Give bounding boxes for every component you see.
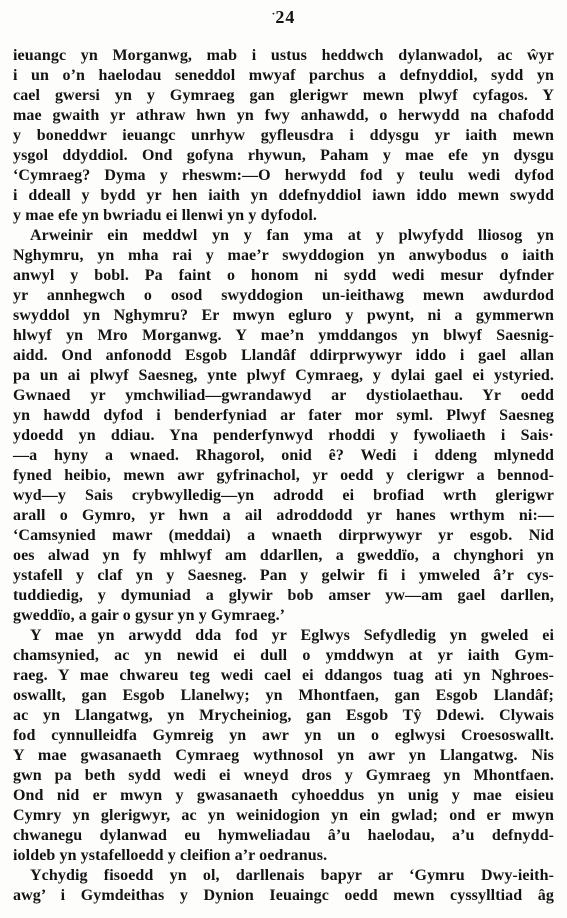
text-line: chwanegu dylanwad eu hymweliadau â’u hae… xyxy=(13,826,554,846)
text-line: ac yn Llangatwg, yn Mrycheiniog, gan Esg… xyxy=(13,706,554,726)
text-line: ioldeb yn ystafelloedd y cleifion a’r oe… xyxy=(13,846,554,866)
paragraph: Arweinir ein meddwl yn y fan yma at y pl… xyxy=(13,226,554,626)
text-line: mae gwaith yr athraw hwn yn fwy anhawdd,… xyxy=(13,106,554,126)
text-line: —a hyny a wnaed. Rhagorol, onid ê? Wedi … xyxy=(13,446,554,466)
text-line: Ychydig fisoedd yn ol, darllenais bapyr … xyxy=(13,866,554,886)
text-line: y mae efe yn bwriadu ei llenwi yn y dyfo… xyxy=(13,206,554,226)
text-line: ieuangc yn Morganwg, mab i ustus heddwch… xyxy=(13,46,554,66)
text-line: Nghymru, yn mha rai y mae’r swyddogion y… xyxy=(13,246,554,266)
text-line: i un o’n haelodau seneddol mwyaf parchus… xyxy=(13,66,554,86)
text-line: ‘Camsynied mawr (meddai) a wnaeth dirprw… xyxy=(13,526,554,546)
paragraph: Y mae yn arwydd dda fod yr Eglwys Sefydl… xyxy=(13,626,554,866)
text-line: gweddïo, a gair o gysur yn y Gymraeg.’ xyxy=(13,606,554,626)
text-line: Ond nid er mwyn y gwasanaeth cyhoeddus y… xyxy=(13,786,554,806)
text-line: Y mae yn arwydd dda fod yr Eglwys Sefydl… xyxy=(13,626,554,646)
text-line: ysgol ddyddiol. Ond gofyna rhywun, Paham… xyxy=(13,146,554,166)
text-line: arall o Gymro, yr hwn a ail adroddodd yr… xyxy=(13,506,554,526)
text-line: ydoedd yn ddiau. Yna penderfynwyd rhoddi… xyxy=(13,426,554,446)
paragraph: Ychydig fisoedd yn ol, darllenais bapyr … xyxy=(13,866,554,906)
text-line: wyd—y Sais crybwylledig—yn adrodd ei bro… xyxy=(13,486,554,506)
text-line: tuddiedig, y dymuniad a glywir bob amser… xyxy=(13,586,554,606)
text-line: i ddeall y bydd yr hen iaith yn ddefnydd… xyxy=(13,186,554,206)
text-line: ‘Cymraeg? Dyma y rheswm:—O herwydd fod y… xyxy=(13,166,554,186)
page-number: ·24 xyxy=(0,7,567,28)
text-line: oes alwad yn fy mhlwyf am ddarllen, a gw… xyxy=(13,546,554,566)
text-line: fod cynnulleidfa Gymreig yn awr yn un o … xyxy=(13,726,554,746)
text-line: y boneddwr ieuangc unrhyw gyfleusdra i d… xyxy=(13,126,554,146)
book-page: ·24 ieuangc yn Morganwg, mab i ustus hed… xyxy=(0,0,567,918)
text-line: swyddol yn Nghymru? Er mwyn egluro y pwy… xyxy=(13,306,554,326)
text-line: yn hawdd dyfod i benderfyniad ar fater m… xyxy=(13,406,554,426)
text-line: oswallt, gan Esgob Llanelwy; yn Mhontfae… xyxy=(13,686,554,706)
text-line: pa un ai plwyf Saesneg, ynte plwyf Cymra… xyxy=(13,366,554,386)
text-line: Y mae gwasanaeth Cymraeg wythnosol yn aw… xyxy=(13,746,554,766)
text-line: Arweinir ein meddwl yn y fan yma at y pl… xyxy=(13,226,554,246)
text-line: Gwnaed yr ymchwiliad—gwrandawyd ar dysti… xyxy=(13,386,554,406)
text-line: yr annhegwch o osod swyddogion un-ieitha… xyxy=(13,286,554,306)
text-line: Cymry yn glerigwyr, ac yn weinidogion yn… xyxy=(13,806,554,826)
text-line: gwn pa beth sydd wedi ei wneyd dros y Gy… xyxy=(13,766,554,786)
paragraph: ieuangc yn Morganwg, mab i ustus heddwch… xyxy=(13,46,554,226)
text-line: cael gwersi yn y Gymraeg gan glerigwr me… xyxy=(13,86,554,106)
text-line: anwyl y bobl. Pa faint o honom ni sydd w… xyxy=(13,266,554,286)
text-line: raeg. Y mae chwareu teg wedi cael ei dda… xyxy=(13,666,554,686)
text-line: fyned heibio, mewn awr gyfrinachol, yr o… xyxy=(13,466,554,486)
text-line: chamsynied, ac yn newid ei dull o ymddwy… xyxy=(13,646,554,666)
text-line: ystafell y claf yn y Saesneg. Pan y gelw… xyxy=(13,566,554,586)
page-number-value: 24 xyxy=(275,7,295,27)
text-line: hlwyf yn Mro Morganwg. Y mae’n ymddangos… xyxy=(13,326,554,346)
text-line: awg’ i Gymdeithas y Dynion Ieuaingc oedd… xyxy=(13,886,554,906)
page-body-text: ieuangc yn Morganwg, mab i ustus heddwch… xyxy=(13,46,554,906)
text-line: aidd. Ond anfonodd Esgob Llandâf ddirprw… xyxy=(13,346,554,366)
